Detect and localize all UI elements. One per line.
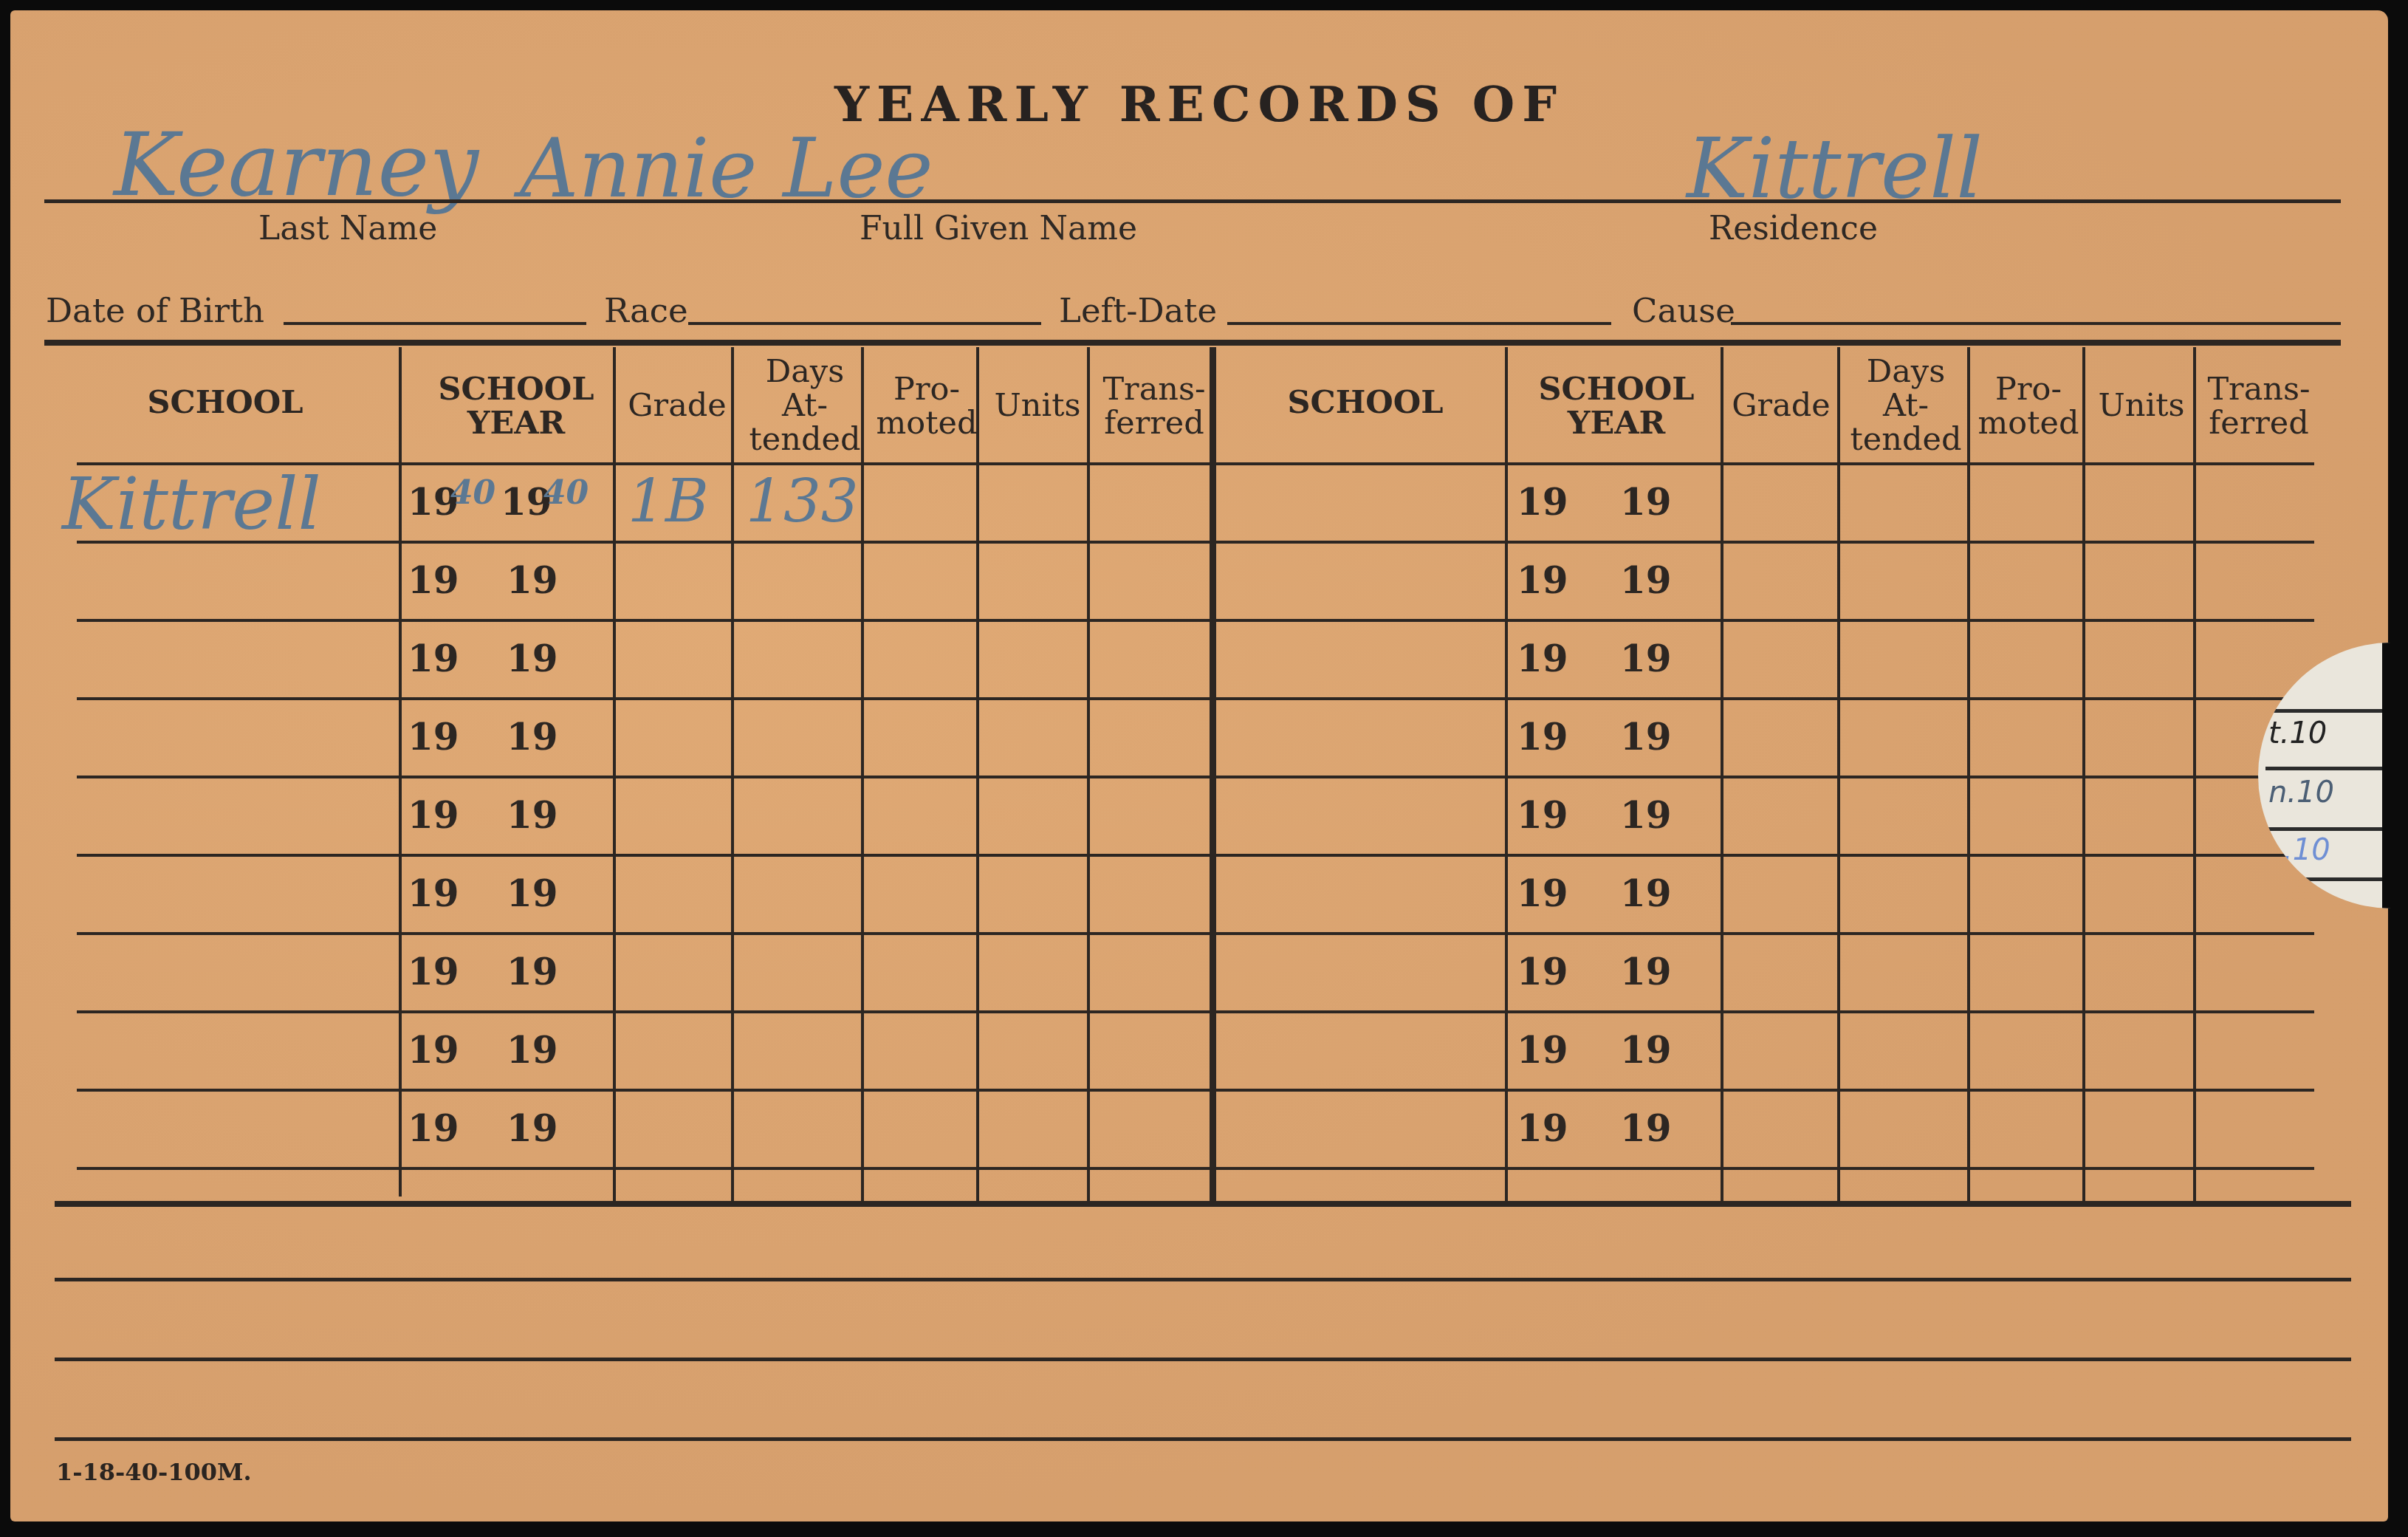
- row-rule: [77, 541, 2314, 544]
- row1-grade[interactable]: 1B: [628, 467, 709, 535]
- header-promoted-left: Pro-moted: [868, 372, 985, 440]
- header-units-right: Units: [2085, 388, 2198, 422]
- row-rule: [77, 619, 2314, 622]
- year-prefix: 19: [1620, 793, 1672, 837]
- residence-label: Residence: [1709, 210, 1878, 247]
- header-grade-left: Grade: [614, 388, 740, 422]
- underlying-rule: [2265, 709, 2384, 713]
- row1-year-from[interactable]: 40: [450, 474, 495, 512]
- table-top-rule: [44, 340, 2341, 346]
- header-school-right: SCHOOL: [1221, 386, 1509, 420]
- scan-background: [2382, 643, 2408, 908]
- underlying-rule: [2265, 827, 2384, 831]
- year-prefix: 19: [1517, 1028, 1568, 1072]
- underlying-text: t.10: [2268, 716, 2327, 750]
- year-prefix: 19: [507, 715, 558, 759]
- header-school-left: SCHOOL: [44, 386, 406, 420]
- header-school-year-left: SCHOOLYEAR: [409, 372, 623, 440]
- row-rule: [77, 776, 2314, 778]
- print-code: 1-18-40-100M.: [56, 1458, 252, 1486]
- row-rule: [77, 932, 2314, 935]
- year-prefix: 19: [1620, 480, 1672, 524]
- year-prefix: 19: [507, 793, 558, 837]
- record-card: YEARLY RECORDS OF Kearney Annie Lee Kitt…: [10, 10, 2388, 1521]
- year-prefix: 19: [1517, 715, 1568, 759]
- underlying-text: .10: [2283, 833, 2330, 867]
- name-underline: [44, 199, 2341, 203]
- year-prefix: 19: [408, 1028, 459, 1072]
- year-prefix: 19: [1517, 950, 1568, 993]
- row-rule: [77, 1089, 2314, 1092]
- underlying-text: n.10: [2268, 776, 2334, 809]
- year-prefix: 19: [507, 558, 558, 602]
- row-rule: [77, 1010, 2314, 1013]
- year-prefix: 19: [408, 637, 459, 680]
- table-bottom-rule: [55, 1201, 2351, 1207]
- date-of-birth-label: Date of Birth: [46, 291, 264, 330]
- year-prefix: 19: [1620, 715, 1672, 759]
- year-prefix: 19: [408, 1106, 459, 1150]
- year-prefix: 19: [408, 715, 459, 759]
- year-prefix: 19: [1620, 1106, 1672, 1150]
- year-prefix: 19: [1620, 950, 1672, 993]
- cause-label: Cause: [1632, 291, 1735, 330]
- race-field[interactable]: [688, 322, 1041, 325]
- year-prefix: 19: [507, 1106, 558, 1150]
- header-grade-right: Grade: [1721, 388, 1842, 422]
- row-rule: [77, 462, 2314, 465]
- row1-school[interactable]: Kittrell: [62, 462, 321, 547]
- header-days-attended-right: DaysAt-tended: [1840, 355, 1972, 456]
- year-prefix: 19: [1620, 637, 1672, 680]
- cause-field[interactable]: [1731, 322, 2341, 325]
- year-prefix: 19: [507, 950, 558, 993]
- row-rule: [77, 854, 2314, 857]
- remarks-line-2[interactable]: [55, 1358, 2351, 1361]
- header-transferred-left: Trans-ferred: [1091, 372, 1217, 440]
- year-prefix: 19: [1620, 872, 1672, 915]
- underlying-rule: [2265, 877, 2384, 881]
- col-divider: [399, 347, 402, 1197]
- year-prefix: 19: [1517, 637, 1568, 680]
- year-prefix: 19: [1517, 793, 1568, 837]
- row-rule: [77, 697, 2314, 700]
- row-rule: [77, 1167, 2314, 1170]
- year-prefix: 19: [408, 558, 459, 602]
- row1-year-to[interactable]: 40: [543, 474, 589, 512]
- header-days-attended-left: DaysAt-tended: [738, 355, 871, 456]
- year-prefix: 19: [1620, 558, 1672, 602]
- year-prefix: 19: [1620, 1028, 1672, 1072]
- year-prefix: 19: [507, 1028, 558, 1072]
- year-prefix: 19: [507, 872, 558, 915]
- year-prefix: 19: [408, 872, 459, 915]
- header-units-left: Units: [982, 388, 1093, 422]
- year-prefix: 19: [507, 637, 558, 680]
- underlying-rule: [2265, 767, 2384, 770]
- date-of-birth-field[interactable]: [284, 322, 586, 325]
- full-given-name-label: Full Given Name: [860, 210, 1137, 247]
- year-prefix: 19: [1517, 872, 1568, 915]
- row1-days-attended[interactable]: 133: [746, 467, 859, 535]
- remarks-line-1[interactable]: [55, 1278, 2351, 1281]
- year-prefix: 19: [1517, 558, 1568, 602]
- header-transferred-right: Trans-ferred: [2196, 372, 2322, 440]
- header-school-year-right: SCHOOLYEAR: [1509, 372, 1723, 440]
- header-promoted-right: Pro-moted: [1970, 372, 2087, 440]
- year-prefix: 19: [1517, 1106, 1568, 1150]
- year-prefix: 19: [1517, 480, 1568, 524]
- year-prefix: 19: [408, 793, 459, 837]
- left-date-label: Left-Date: [1059, 291, 1217, 330]
- year-prefix: 19: [408, 950, 459, 993]
- race-label: Race: [604, 291, 688, 330]
- last-name-label: Last Name: [258, 210, 437, 247]
- left-date-field[interactable]: [1227, 322, 1611, 325]
- remarks-line-3[interactable]: [55, 1437, 2351, 1441]
